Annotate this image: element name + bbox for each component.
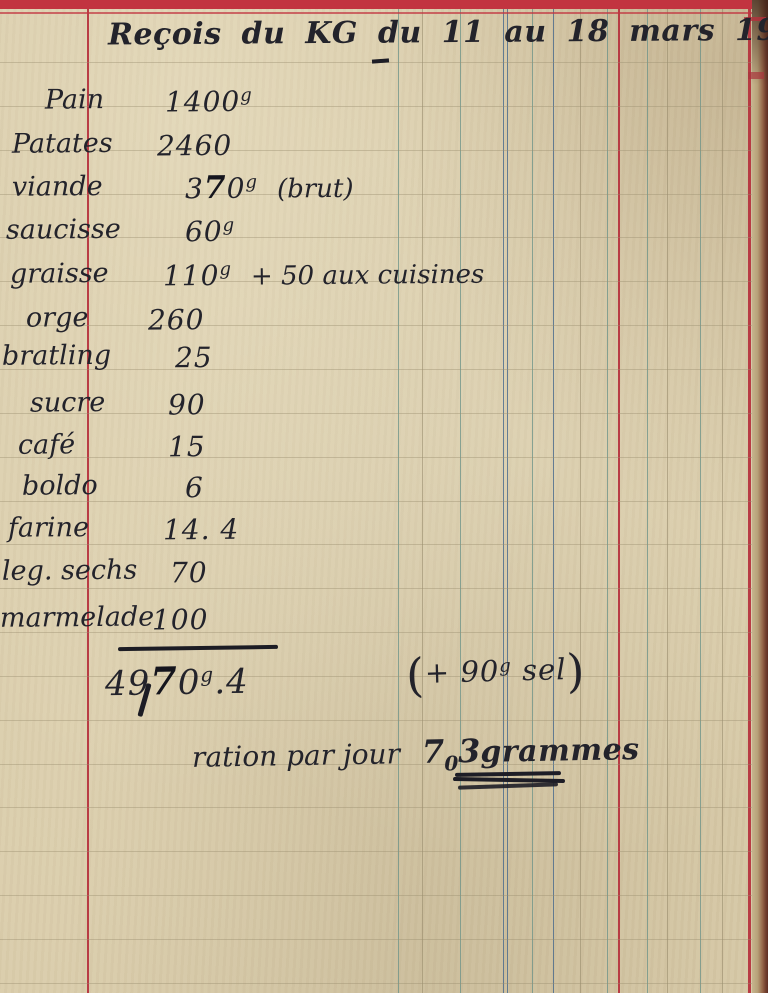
item-value-part: 110 [163, 259, 220, 292]
item-value: 1400g [165, 83, 272, 120]
ledger-row: bratling 25 [0, 335, 642, 381]
item-value: 70 [170, 554, 228, 591]
item-value: 60g [185, 213, 254, 250]
item-value-part: 70 [170, 556, 208, 589]
item-label: leg. sechs [2, 555, 138, 587]
ledger-row: marmelade 100 [0, 597, 640, 643]
item-value: 6 [185, 469, 224, 505]
item-value-part: 260 [148, 303, 205, 336]
item-value-part: 15 [168, 430, 206, 463]
item-value: 2460 [157, 127, 253, 164]
item-label: saucisse [6, 214, 121, 246]
total-overwritten-digit: 7 [150, 658, 178, 703]
ration-digit-low: 0 [444, 751, 458, 775]
open-paren: ( [405, 648, 425, 702]
item-value: 260 [148, 301, 225, 338]
item-value-part: 60 [185, 215, 223, 248]
item-label: café [18, 429, 75, 460]
item-label: viande [12, 171, 103, 203]
ledger-row: viande 370g(brut) [0, 166, 652, 212]
ledger-row: café 15 [0, 424, 658, 470]
item-value-part: 100 [152, 603, 209, 636]
item-value-part: 6 [185, 471, 204, 504]
item-label: Pain [45, 84, 104, 116]
item-value: 370g(brut) [185, 169, 354, 206]
ledger-row: Pain 1400g [0, 79, 685, 125]
total-decimal: .4 [214, 662, 249, 703]
ledger-row: Patates 2460 [0, 123, 652, 169]
item-value: 25 [175, 339, 233, 376]
item-label: bratling [2, 340, 111, 372]
item-label: sucre [30, 387, 106, 419]
ration-digit: 7 [422, 733, 445, 771]
item-value: 14. 4 [163, 511, 260, 548]
item-value-part: 2460 [157, 129, 233, 163]
total-part: 0 [177, 663, 200, 703]
item-value-part: 90 [168, 388, 206, 421]
ration-digit: 3 [458, 732, 481, 770]
ration-unit-word: grammes [480, 732, 640, 770]
total-amount: 4970g.4 [105, 657, 249, 705]
salt-side-note: (+ 90g sel) [405, 644, 586, 703]
item-value: 110g+ 50 aux cuisines [163, 255, 485, 294]
ledger-row: farine 14. 4 [0, 507, 648, 553]
item-value-part: 25 [175, 341, 213, 374]
ledger-row: boldo 6 [0, 465, 662, 511]
item-label: boldo [22, 470, 98, 502]
ration-label: ration par jour [192, 737, 400, 774]
item-value: 90 [168, 386, 226, 423]
item-value: 100 [152, 601, 229, 638]
ration-amount: 703 [422, 732, 481, 771]
item-unit: g [245, 172, 257, 193]
item-value-part: 0 [227, 172, 246, 205]
item-note: + 50 aux cuisines [251, 260, 485, 292]
ledger-row: sucre 90 [0, 382, 670, 428]
side-note-word: sel [511, 652, 566, 687]
item-unit: g [222, 215, 234, 236]
item-value-part: 3 [185, 172, 204, 205]
ledger-rows: Pain 1400g Patates 2460 viande 370g(brut… [0, 0, 768, 993]
item-label: farine [8, 512, 89, 544]
item-unit: g [219, 259, 231, 280]
side-note-unit: g [499, 656, 512, 677]
item-label: orge [26, 302, 89, 334]
notebook-page: Reçois du KG du 11 au 18 mars 1945 Pain … [0, 0, 768, 993]
item-label: graisse [10, 258, 109, 290]
total-unit: g [200, 662, 214, 686]
side-note-text: + 90 [424, 654, 499, 690]
item-value-overwritten-digit: 7 [204, 170, 227, 206]
item-value: 15 [168, 428, 226, 465]
item-label: marmelade [0, 601, 154, 633]
ledger-row: saucisse 60g [0, 209, 646, 255]
ledger-row: leg. sechs 70 [0, 550, 642, 596]
daily-ration-line: ration par jour703grammes [192, 729, 640, 780]
item-value-part: 14. 4 [163, 513, 240, 547]
item-label: Patates [12, 128, 113, 160]
ledger-row: graisse 110g+ 50 aux cuisines [0, 253, 650, 299]
item-note: (brut) [277, 174, 354, 205]
item-unit: g [240, 85, 252, 106]
close-paren: ) [566, 644, 586, 698]
item-value-part: 1400 [165, 85, 241, 119]
